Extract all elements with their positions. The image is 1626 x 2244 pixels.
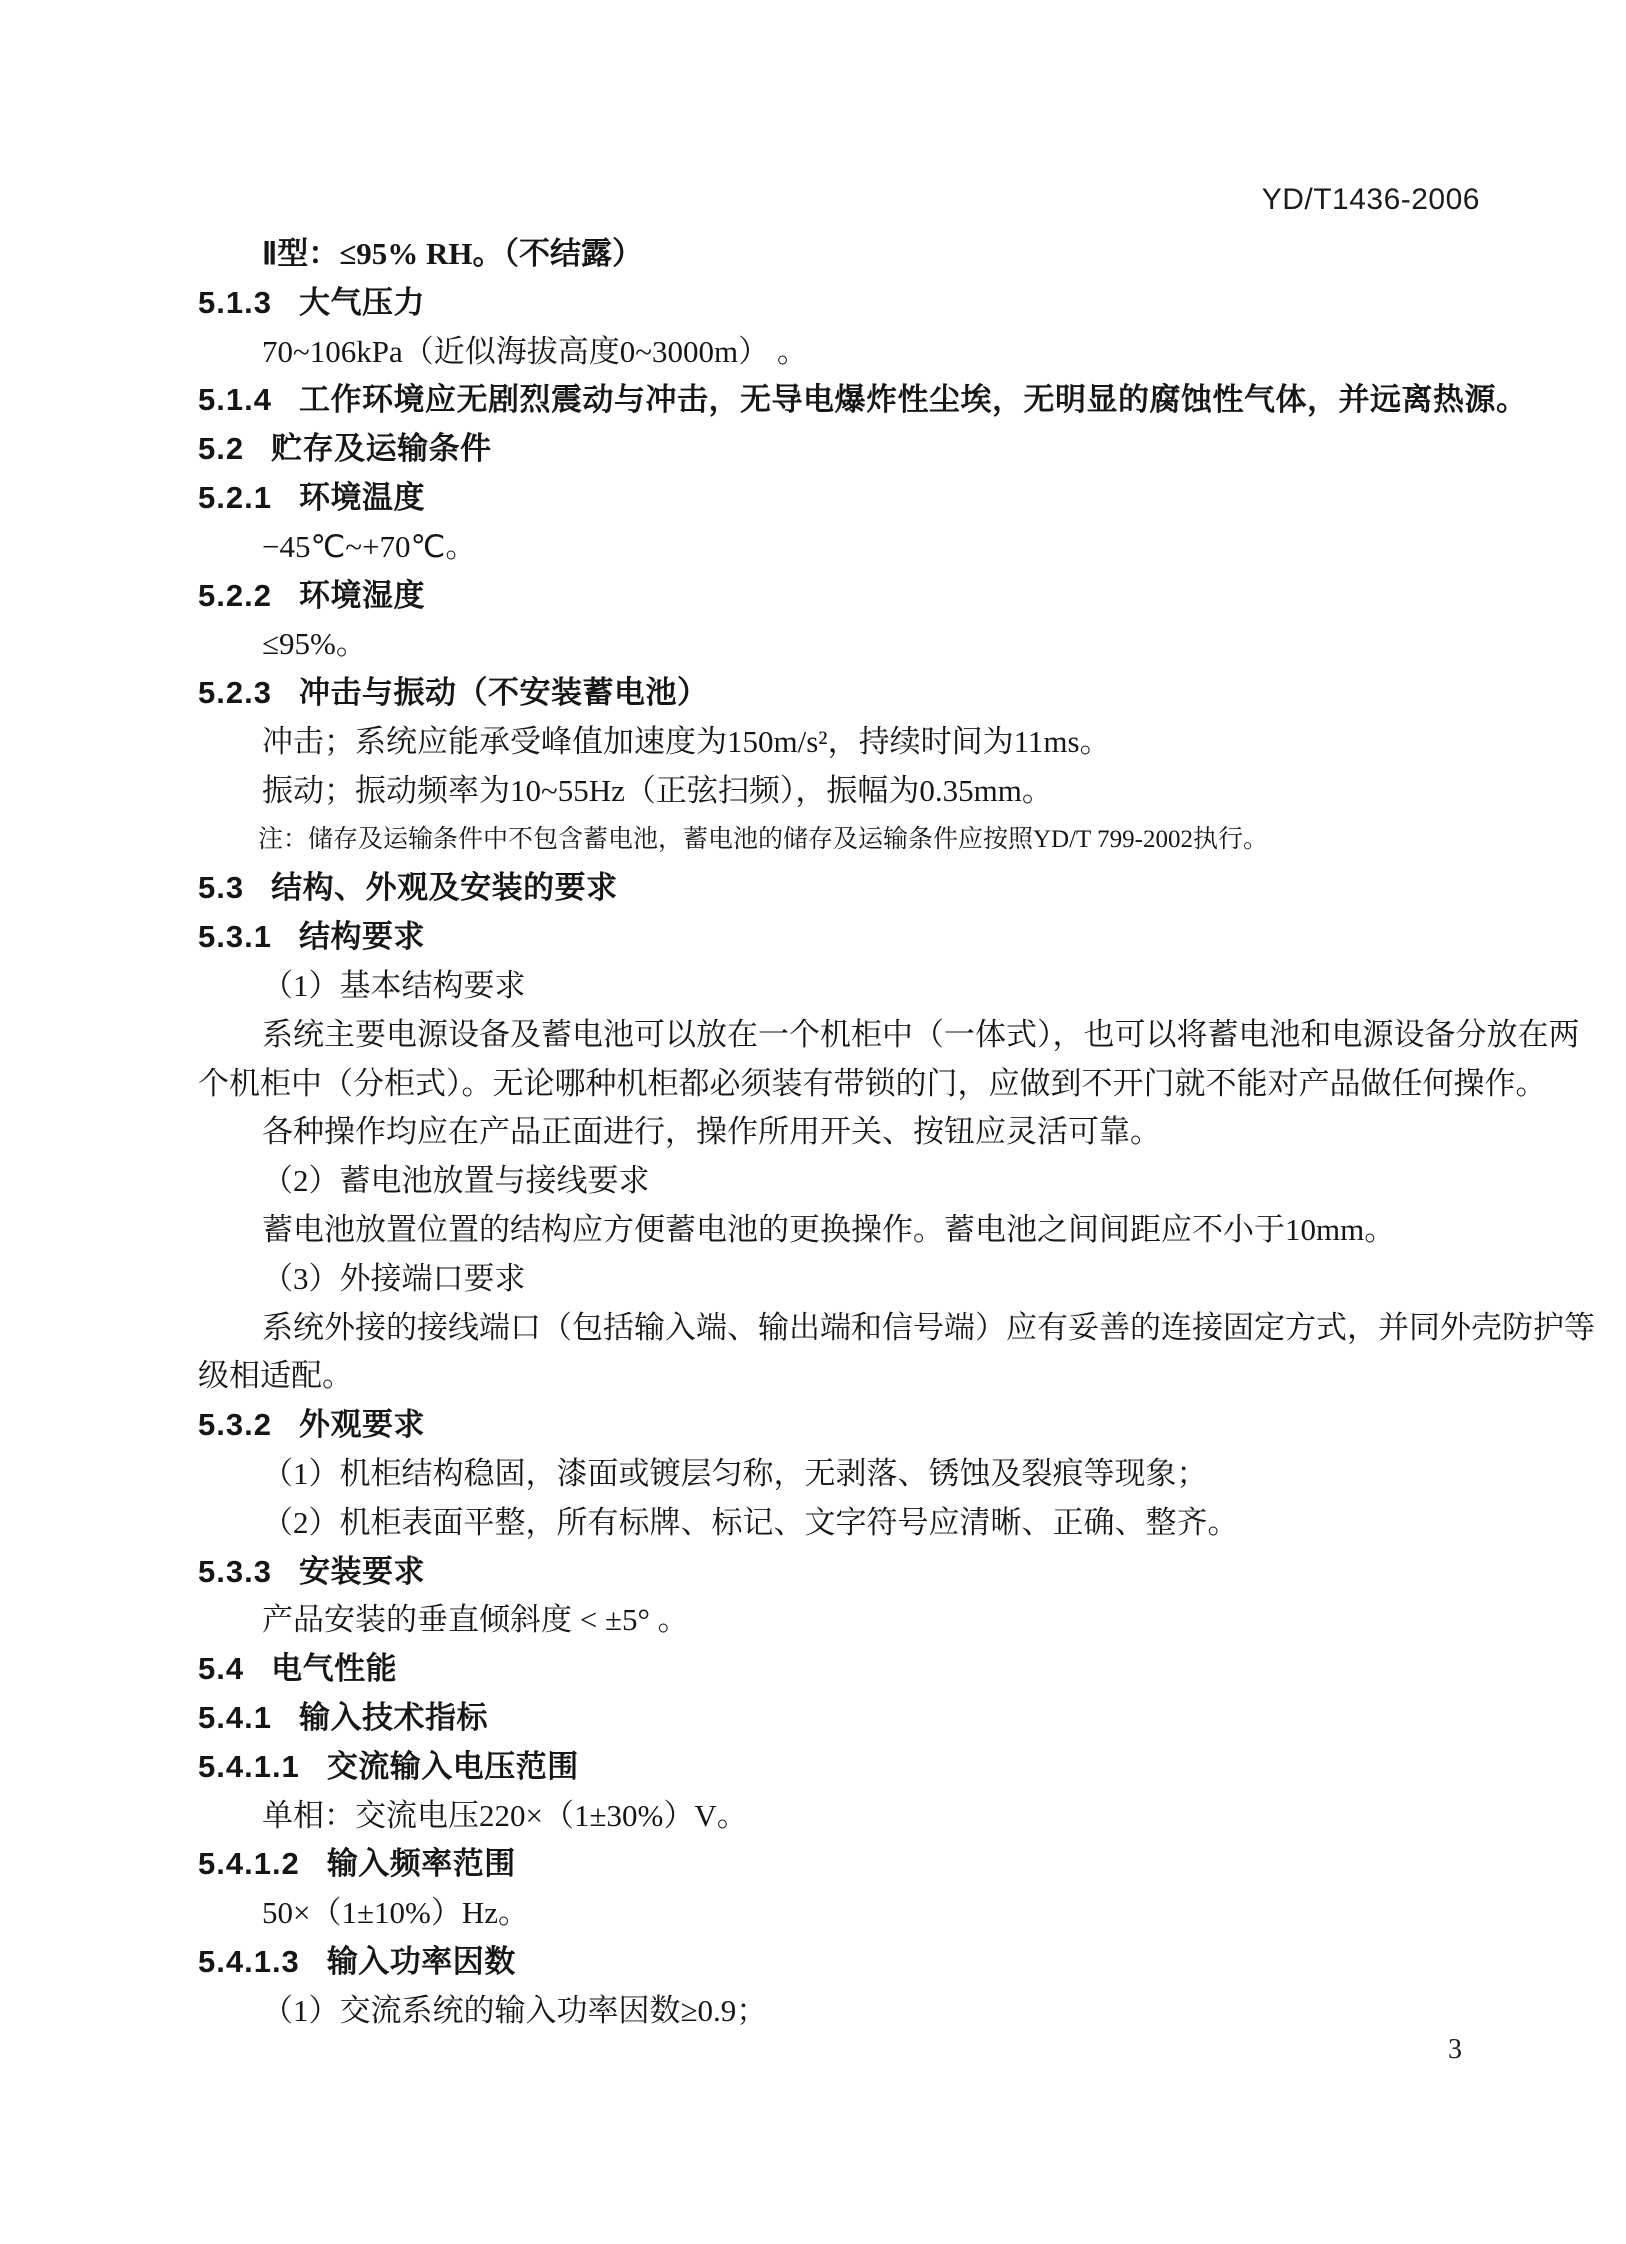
paragraph-line: 振动；振动频率为10~55Hz（正弦扫频），振幅为0.35mm。 xyxy=(198,767,1490,816)
section-title: 环境湿度 xyxy=(299,578,425,613)
section-heading: 5.2.1环境温度 xyxy=(198,474,1490,523)
section-number: 5.2.3 xyxy=(198,669,272,718)
note-line: 注：储存及运输条件中不包含蓄电池，蓄电池的储存及运输条件应按照YD/T 799-… xyxy=(198,816,1490,865)
section-number: 5.3 xyxy=(198,864,244,913)
section-heading: 5.4.1.1交流输入电压范围 xyxy=(198,1743,1490,1792)
section-heading: 5.3.2外观要求 xyxy=(198,1401,1490,1450)
paragraph-line: 系统外接的接线端口（包括输入端、输出端和信号端）应有妥善的连接固定方式，并同外壳… xyxy=(198,1304,1490,1353)
section-number: 5.2 xyxy=(198,425,244,474)
section-title: 输入技术指标 xyxy=(299,1700,488,1735)
document-body: Ⅱ型：≤95% RH。（不结露） 5.1.3大气压力 70~106kPa（近似海… xyxy=(198,230,1490,2035)
section-title: 输入功率因数 xyxy=(327,1944,516,1979)
section-title: 环境温度 xyxy=(299,480,425,515)
paragraph-line: 50×（1±10%）Hz。 xyxy=(198,1889,1490,1938)
section-title: 电气性能 xyxy=(271,1651,397,1686)
section-heading: 5.4.1.2输入频率范围 xyxy=(198,1840,1490,1889)
paragraph-line: （3）外接端口要求 xyxy=(198,1255,1490,1304)
paragraph-line: 各种操作均应在产品正面进行，操作所用开关、按钮应灵活可靠。 xyxy=(198,1108,1490,1157)
paragraph-line: Ⅱ型：≤95% RH。（不结露） xyxy=(198,230,1490,279)
section-heading: 5.3结构、外观及安装的要求 xyxy=(198,864,1490,913)
section-title: 外观要求 xyxy=(299,1407,425,1442)
section-number: 5.1.3 xyxy=(198,279,272,328)
section-number: 5.4.1.1 xyxy=(198,1743,300,1792)
section-title: 安装要求 xyxy=(299,1554,425,1589)
section-heading: 5.1.4工作环境应无剧烈震动与冲击，无导电爆炸性尘埃，无明显的腐蚀性气体，并远… xyxy=(198,376,1490,425)
section-heading: 5.1.3大气压力 xyxy=(198,279,1490,328)
section-title: 结构要求 xyxy=(299,919,425,954)
page-number: 3 xyxy=(1448,2034,1462,2066)
paragraph-line: 产品安装的垂直倾斜度 < ±5° 。 xyxy=(198,1596,1490,1645)
section-number: 5.4.1 xyxy=(198,1694,272,1743)
paragraph-line: （2）蓄电池放置与接线要求 xyxy=(198,1157,1490,1206)
section-number: 5.3.1 xyxy=(198,913,272,962)
section-title: 结构、外观及安装的要求 xyxy=(271,870,618,905)
section-number: 5.3.3 xyxy=(198,1548,272,1597)
section-heading: 5.4电气性能 xyxy=(198,1645,1490,1694)
section-heading: 5.3.1结构要求 xyxy=(198,913,1490,962)
section-number: 5.2.1 xyxy=(198,474,272,523)
paragraph-line: 蓄电池放置位置的结构应方便蓄电池的更换操作。蓄电池之间间距应不小于10mm。 xyxy=(198,1206,1490,1255)
paragraph-line: （1）机柜结构稳固，漆面或镀层匀称，无剥落、锈蚀及裂痕等现象； xyxy=(198,1450,1490,1499)
paragraph-line: 70~106kPa（近似海拔高度0~3000m） 。 xyxy=(198,328,1490,377)
paragraph-line: （1）基本结构要求 xyxy=(198,962,1490,1011)
section-heading: 5.2贮存及运输条件 xyxy=(198,425,1490,474)
standard-code-header: YD/T1436-2006 xyxy=(198,183,1480,217)
section-heading: 5.3.3安装要求 xyxy=(198,1548,1490,1597)
paragraph-line: 系统主要电源设备及蓄电池可以放在一个机柜中（一体式），也可以将蓄电池和电源设备分… xyxy=(198,1011,1490,1060)
section-number: 5.3.2 xyxy=(198,1401,272,1450)
section-title: 冲击与振动（不安装蓄电池） xyxy=(299,675,709,710)
paragraph-line: 冲击；系统应能承受峰值加速度为150m/s²，持续时间为11ms。 xyxy=(198,718,1490,767)
section-title: 贮存及运输条件 xyxy=(271,431,492,466)
paragraph-line: 个机柜中（分柜式）。无论哪种机柜都必须装有带锁的门，应做到不开门就不能对产品做任… xyxy=(198,1060,1490,1109)
section-number: 5.2.2 xyxy=(198,572,272,621)
paragraph-line: （2）机柜表面平整，所有标牌、标记、文字符号应清晰、正确、整齐。 xyxy=(198,1499,1490,1548)
section-title: 大气压力 xyxy=(299,285,425,320)
section-number: 5.4.1.2 xyxy=(198,1840,300,1889)
section-title: 交流输入电压范围 xyxy=(327,1749,579,1784)
section-heading: 5.4.1.3输入功率因数 xyxy=(198,1938,1490,1987)
paragraph-line: （1）交流系统的输入功率因数≥0.9； xyxy=(198,1987,1490,2036)
section-heading: 5.2.2环境湿度 xyxy=(198,572,1490,621)
section-title: 工作环境应无剧烈震动与冲击，无导电爆炸性尘埃，无明显的腐蚀性气体，并远离热源。 xyxy=(299,382,1528,417)
section-number: 5.4.1.3 xyxy=(198,1938,300,1987)
section-title: 输入频率范围 xyxy=(327,1846,516,1881)
paragraph-line: ≤95%。 xyxy=(198,620,1490,669)
paragraph-line: 级相适配。 xyxy=(198,1352,1490,1401)
section-number: 5.4 xyxy=(198,1645,244,1694)
section-heading: 5.4.1输入技术指标 xyxy=(198,1694,1490,1743)
document-page: { "page": { "header_code": "YD/T1436-200… xyxy=(0,0,1626,2244)
section-number: 5.1.4 xyxy=(198,376,272,425)
paragraph-line: −45℃~+70℃。 xyxy=(198,523,1490,572)
paragraph-line: 单相：交流电压220×（1±30%）V。 xyxy=(198,1792,1490,1841)
section-heading: 5.2.3冲击与振动（不安装蓄电池） xyxy=(198,669,1490,718)
